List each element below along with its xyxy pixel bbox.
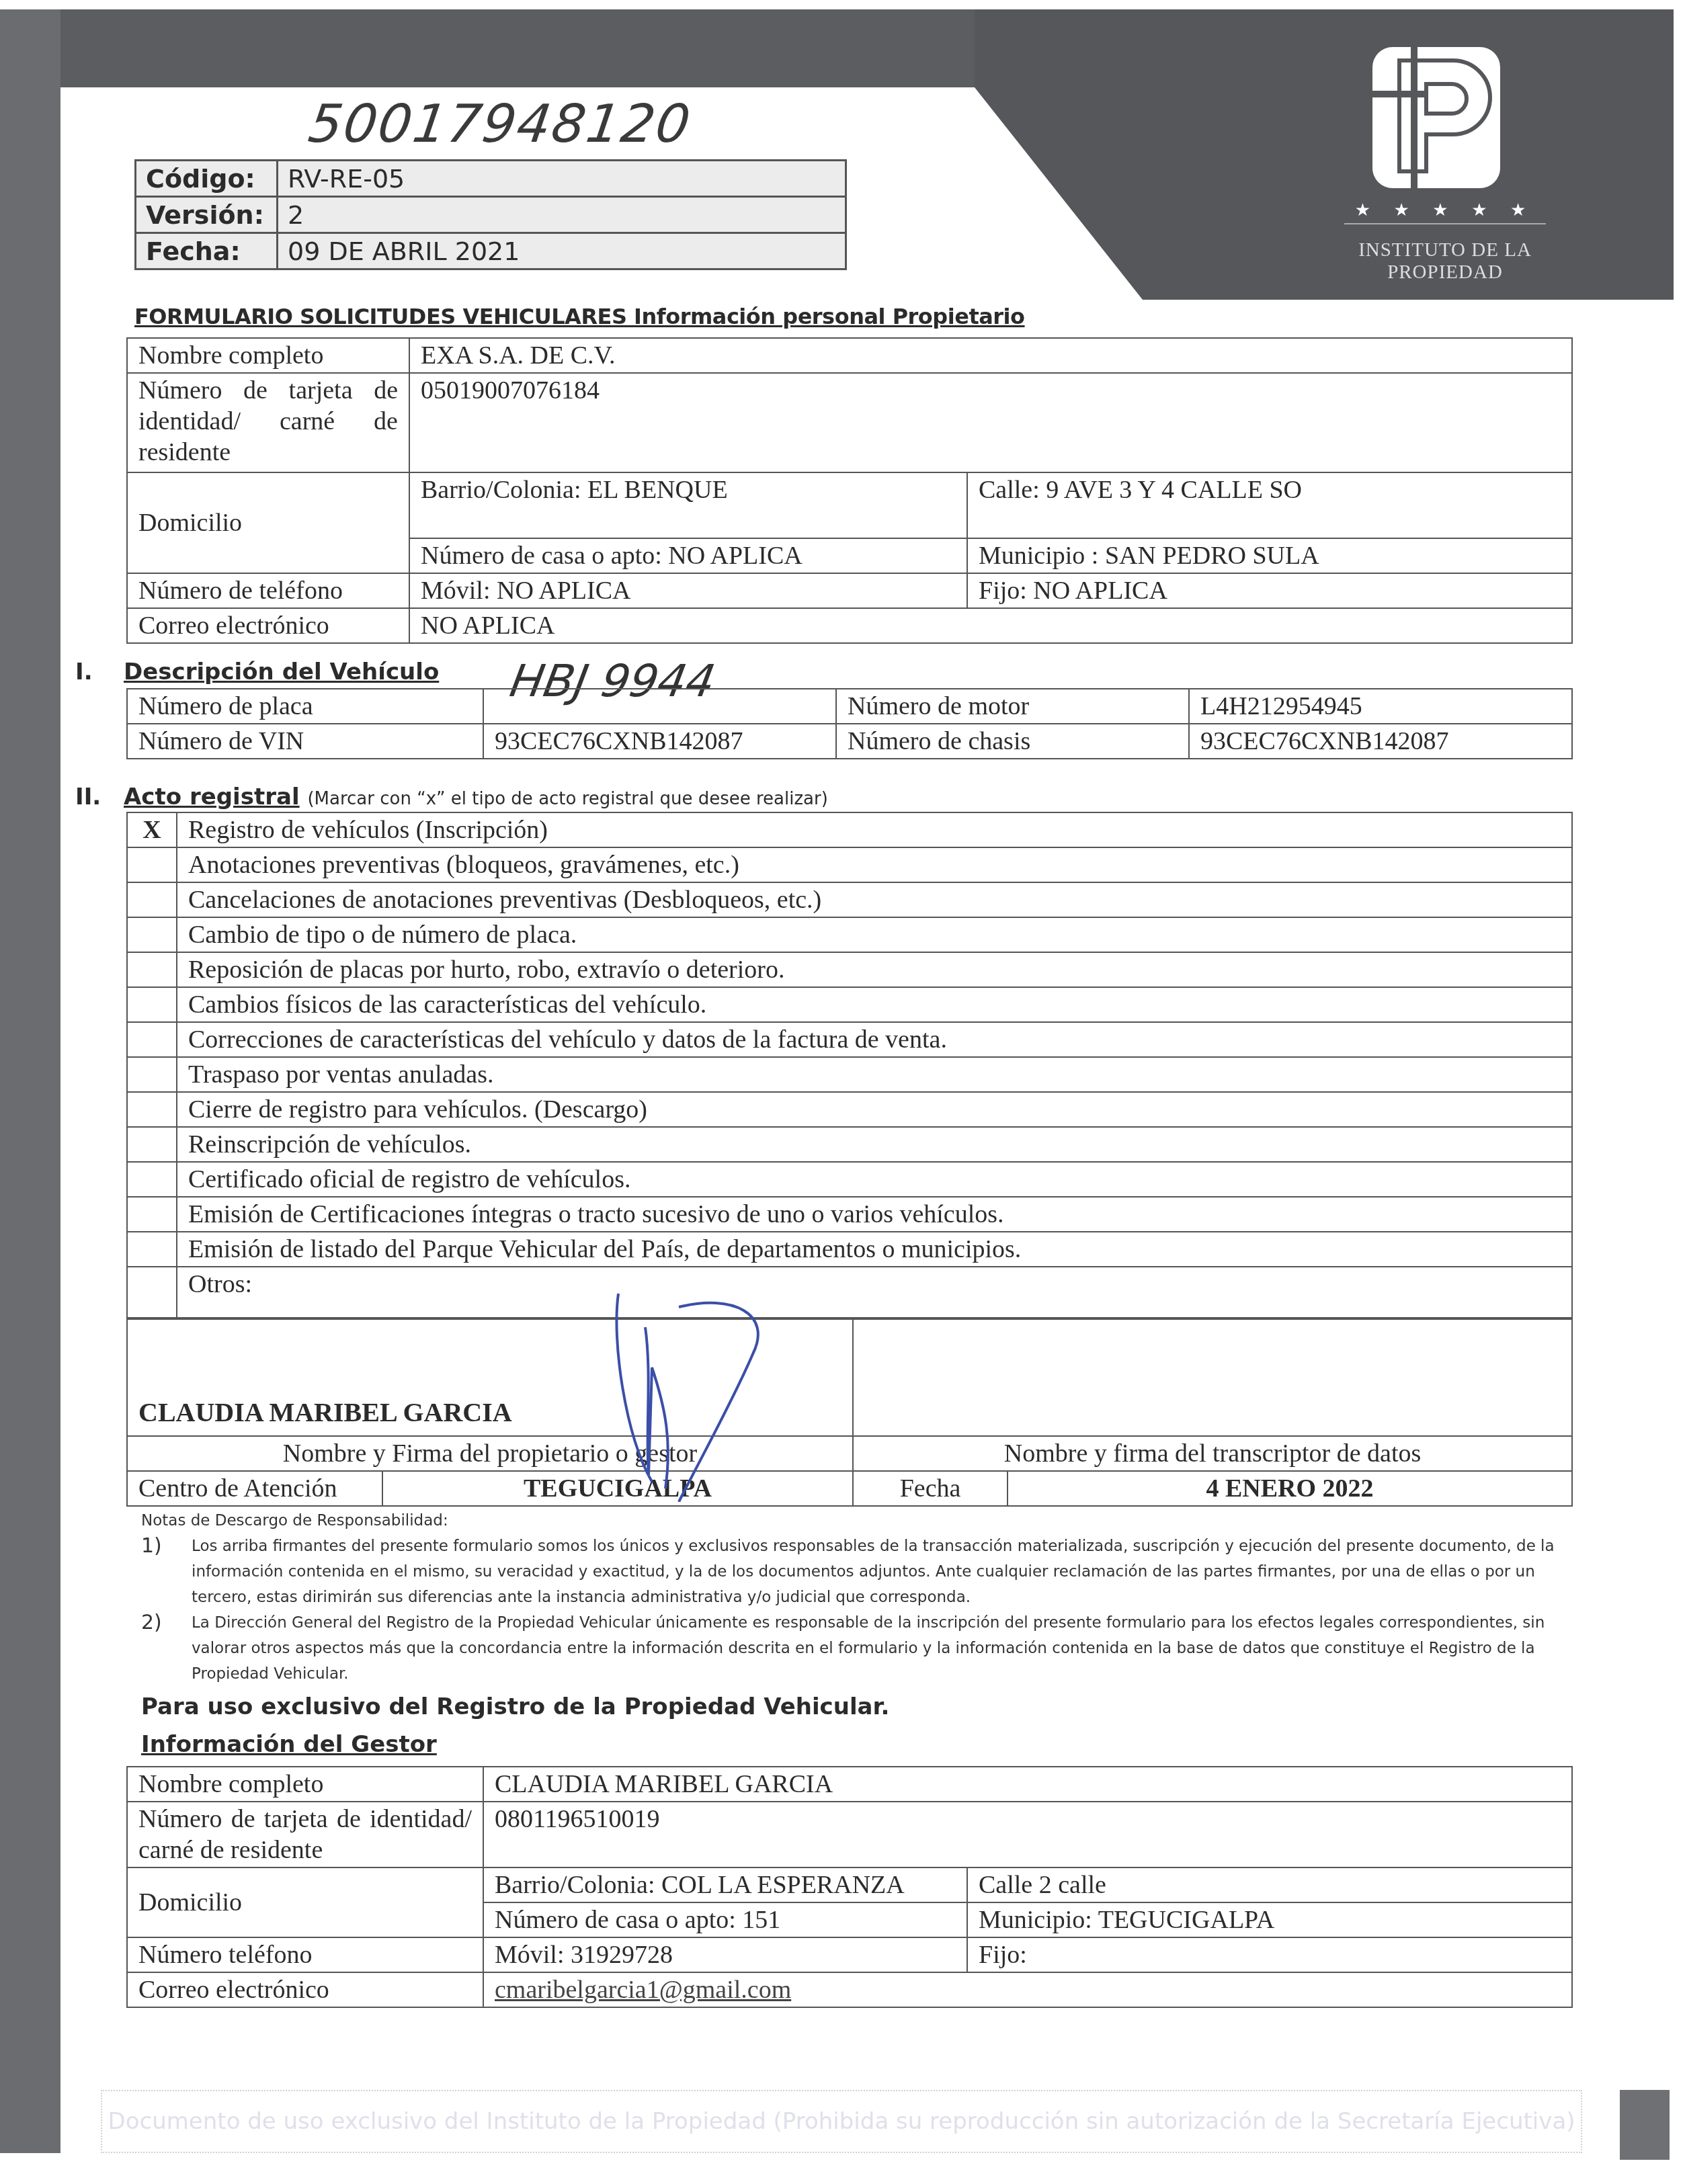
gestor-name-value: CLAUDIA MARIBEL GARCIA — [483, 1767, 1572, 1802]
plate-value-cell — [483, 689, 836, 724]
act-label: Emisión de Certificaciones íntegras o tr… — [177, 1197, 1572, 1232]
gestor-address-label: Domicilio — [127, 1867, 483, 1937]
handwritten-signature-icon — [598, 1287, 800, 1502]
act-checkbox[interactable] — [127, 1127, 177, 1162]
owner-phone-row: Número de teléfono Móvil: NO APLICA Fijo… — [127, 573, 1572, 608]
note-number: 2) — [141, 1610, 192, 1687]
owner-email-row: Correo electrónico NO APLICA — [127, 608, 1572, 643]
logo-monogram-box — [1372, 47, 1500, 188]
signature-space-row: CLAUDIA MARIBEL GARCIA — [127, 1319, 1572, 1436]
gestor-address-row-1: Domicilio Barrio/Colonia: COL LA ESPERAN… — [127, 1867, 1572, 1902]
registral-act-row: Emisión de listado del Parque Vehicular … — [127, 1232, 1572, 1267]
gestor-casa: Número de casa o apto: 151 — [483, 1902, 967, 1937]
date-row: Fecha: 09 DE ABRIL 2021 — [136, 233, 846, 269]
note-text: La Dirección General del Registro de la … — [192, 1610, 1579, 1687]
institute-logo: ★ ★ ★ ★ ★ INSTITUTO DE LA PROPIEDAD — [1344, 47, 1546, 289]
owner-name-value: EXA S.A. DE C.V. — [409, 338, 1572, 373]
gestor-phone-label: Número teléfono — [127, 1937, 483, 1972]
act-checkbox[interactable] — [127, 1197, 177, 1232]
gestor-email-cell: cmaribelgarcia1@gmail.com — [483, 1972, 1572, 2007]
chasis-label: Número de chasis — [836, 724, 1189, 759]
owner-phone-label: Número de teléfono — [127, 573, 409, 608]
registral-act-row: Cancelaciones de anotaciones preventivas… — [127, 882, 1572, 917]
motor-value: L4H212954945 — [1189, 689, 1572, 724]
gestor-calle: Calle 2 calle — [967, 1867, 1572, 1902]
registral-act-row: Reinscripción de vehículos. — [127, 1127, 1572, 1162]
registral-act-row: Reposición de placas por hurto, robo, ex… — [127, 952, 1572, 987]
handwritten-reference-number: 50017948120 — [305, 94, 696, 155]
document-control-box: Código: RV-RE-05 Versión: 2 Fecha: 09 DE… — [134, 159, 847, 270]
owner-info-table: Nombre completo EXA S.A. DE C.V. Número … — [126, 337, 1573, 644]
acts-section-number: II. — [75, 784, 124, 810]
owner-address-label: Domicilio — [127, 472, 409, 573]
code-row: Código: RV-RE-05 — [136, 161, 846, 197]
act-label: Anotaciones preventivas (bloqueos, gravá… — [177, 847, 1572, 882]
version-value: 2 — [278, 197, 846, 233]
gestor-fijo: Fijo: — [967, 1937, 1572, 1972]
gestor-section-title: Información del Gestor — [141, 1731, 437, 1758]
logo-rule — [1344, 223, 1546, 224]
registral-act-row: Certificado oficial de registro de vehíc… — [127, 1162, 1572, 1197]
act-checkbox[interactable] — [127, 847, 177, 882]
version-row: Versión: 2 — [136, 197, 846, 233]
act-checkbox[interactable] — [127, 1092, 177, 1127]
version-label: Versión: — [136, 197, 278, 233]
acts-section-title: Acto registral — [124, 784, 300, 810]
vehicle-section-heading: I.Descripción del Vehículo — [75, 659, 439, 685]
act-label: Cancelaciones de anotaciones preventivas… — [177, 882, 1572, 917]
acts-section-heading: II.Acto registral (Marcar con “x” el tip… — [75, 784, 828, 810]
owner-casa: Número de casa o apto: NO APLICA — [409, 538, 967, 573]
ip-monogram-icon — [1372, 47, 1500, 188]
gestor-id-label: Número de tarjeta de identidad/ carné de… — [127, 1802, 483, 1867]
acts-section-note: (Marcar con “x” el tipo de acto registra… — [307, 789, 827, 809]
registral-act-row: Cierre de registro para vehículos. (Desc… — [127, 1092, 1572, 1127]
note-text: Los arriba firmantes del presente formul… — [192, 1534, 1579, 1610]
owner-address-row-1: Domicilio Barrio/Colonia: EL BENQUE Call… — [127, 472, 1572, 538]
gestor-info-table: Nombre completo CLAUDIA MARIBEL GARCIA N… — [126, 1766, 1573, 2008]
code-value: RV-RE-05 — [278, 161, 846, 197]
gestor-email-row: Correo electrónico cmaribelgarcia1@gmail… — [127, 1972, 1572, 2007]
act-checkbox[interactable] — [127, 1162, 177, 1197]
disclaimer-notes: Notas de Descargo de Responsabilidad: 1)… — [141, 1512, 1579, 1687]
act-label: Reinscripción de vehículos. — [177, 1127, 1572, 1162]
registral-act-row: XRegistro de vehículos (Inscripción) — [127, 812, 1572, 847]
owner-barrio: Barrio/Colonia: EL BENQUE — [409, 472, 967, 538]
act-checkbox[interactable] — [127, 987, 177, 1022]
gestor-barrio: Barrio/Colonia: COL LA ESPERANZA — [483, 1867, 967, 1902]
gestor-id-value: 0801196510019 — [483, 1802, 1572, 1867]
act-label: Cambios físicos de las características d… — [177, 987, 1572, 1022]
exclusive-use-heading: Para uso exclusivo del Registro de la Pr… — [141, 1693, 889, 1720]
owner-id-row: Número de tarjeta de identidad/ carné de… — [127, 373, 1572, 472]
transcriptor-signature-cell — [853, 1319, 1572, 1436]
act-checkbox[interactable] — [127, 1232, 177, 1267]
owner-id-label: Número de tarjeta de identidad/ carné de… — [127, 373, 409, 472]
registral-act-row: Correcciones de características del vehí… — [127, 1022, 1572, 1057]
note-number: 1) — [141, 1534, 192, 1610]
vin-label: Número de VIN — [127, 724, 483, 759]
owner-movil: Móvil: NO APLICA — [409, 573, 967, 608]
vehicle-row-2: Número de VIN 93CEC76CXNB142087 Número d… — [127, 724, 1572, 759]
gestor-name-row: Nombre completo CLAUDIA MARIBEL GARCIA — [127, 1767, 1572, 1802]
owner-calle: Calle: 9 AVE 3 Y 4 CALLE SO — [967, 472, 1572, 538]
act-label: Certificado oficial de registro de vehíc… — [177, 1162, 1572, 1197]
registral-act-row: Emisión de Certificaciones íntegras o tr… — [127, 1197, 1572, 1232]
act-label: Cambio de tipo o de número de placa. — [177, 917, 1572, 952]
transcriptor-signature-caption: Nombre y firma del transcriptor de datos — [853, 1436, 1572, 1471]
footer-watermark: Documento de uso exclusivo del Instituto… — [101, 2090, 1582, 2153]
act-label: Reposición de placas por hurto, robo, ex… — [177, 952, 1572, 987]
gestor-name-label: Nombre completo — [127, 1767, 483, 1802]
vin-value: 93CEC76CXNB142087 — [483, 724, 836, 759]
act-checkbox[interactable] — [127, 1057, 177, 1092]
owner-name-row: Nombre completo EXA S.A. DE C.V. — [127, 338, 1572, 373]
owner-fijo: Fijo: NO APLICA — [967, 573, 1572, 608]
logo-stars-icon: ★ ★ ★ ★ ★ — [1344, 200, 1546, 220]
motor-label: Número de motor — [836, 689, 1189, 724]
act-checkbox[interactable] — [127, 917, 177, 952]
date-label: Fecha: — [136, 233, 278, 269]
registral-acts-table: XRegistro de vehículos (Inscripción)Anot… — [126, 812, 1573, 1318]
date-value: 09 DE ABRIL 2021 — [278, 233, 846, 269]
act-label: Correcciones de características del vehí… — [177, 1022, 1572, 1057]
act-checkbox[interactable] — [127, 1022, 177, 1057]
signature-table: CLAUDIA MARIBEL GARCIA Nombre y Firma de… — [126, 1318, 1573, 1507]
act-label: Otros: — [177, 1267, 1572, 1318]
code-label: Código: — [136, 161, 278, 197]
signer-name: CLAUDIA MARIBEL GARCIA — [138, 1397, 512, 1427]
center-label: Centro de Atención — [127, 1471, 382, 1506]
act-label: Cierre de registro para vehículos. (Desc… — [177, 1092, 1572, 1127]
registral-act-row: Anotaciones preventivas (bloqueos, gravá… — [127, 847, 1572, 882]
note-item: 2) La Dirección General del Registro de … — [141, 1610, 1579, 1687]
gestor-email-label: Correo electrónico — [127, 1972, 483, 2007]
act-label: Emisión de listado del Parque Vehicular … — [177, 1232, 1572, 1267]
notes-heading: Notas de Descargo de Responsabilidad: — [141, 1512, 1579, 1529]
gestor-email-link[interactable]: cmaribelgarcia1@gmail.com — [495, 1976, 791, 2004]
vehicle-table: Número de placa Número de motor L4H21295… — [126, 688, 1573, 759]
registral-act-row: Otros: — [127, 1267, 1572, 1318]
logo-text: INSTITUTO DE LA PROPIEDAD — [1317, 239, 1573, 284]
act-checkbox[interactable]: X — [127, 812, 177, 847]
registral-act-row: Cambios físicos de las características d… — [127, 987, 1572, 1022]
gestor-movil: Móvil: 31929728 — [483, 1937, 967, 1972]
registral-act-row: Traspaso por ventas anuladas. — [127, 1057, 1572, 1092]
scan-corner-mark — [1620, 2090, 1670, 2160]
center-date-row: Centro de Atención TEGUCIGALPA Fecha 4 E… — [127, 1471, 1572, 1506]
gestor-phone-row: Número teléfono Móvil: 31929728 Fijo: — [127, 1937, 1572, 1972]
note-item: 1) Los arriba firmantes del presente for… — [141, 1534, 1579, 1610]
owner-email-label: Correo electrónico — [127, 608, 409, 643]
signature-caption-row: Nombre y Firma del propietario o gestor … — [127, 1436, 1572, 1471]
vehicle-section-number: I. — [75, 659, 124, 685]
gestor-municipio: Municipio: TEGUCIGALPA — [967, 1902, 1572, 1937]
form-title: FORMULARIO SOLICITUDES VEHICULARES Infor… — [134, 304, 1025, 329]
signature-date-value: 4 ENERO 2022 — [1008, 1471, 1572, 1506]
vehicle-section-title: Descripción del Vehículo — [124, 659, 439, 685]
gestor-id-row: Número de tarjeta de identidad/ carné de… — [127, 1802, 1572, 1867]
chasis-value: 93CEC76CXNB142087 — [1189, 724, 1572, 759]
plate-label: Número de placa — [127, 689, 483, 724]
act-checkbox[interactable] — [127, 1267, 177, 1318]
scan-frame-left — [0, 9, 60, 2153]
owner-name-label: Nombre completo — [127, 338, 409, 373]
act-checkbox[interactable] — [127, 882, 177, 917]
act-checkbox[interactable] — [127, 952, 177, 987]
act-label: Registro de vehículos (Inscripción) — [177, 812, 1572, 847]
owner-municipio: Municipio : SAN PEDRO SULA — [967, 538, 1572, 573]
vehicle-row-1: Número de placa Número de motor L4H21295… — [127, 689, 1572, 724]
registral-act-row: Cambio de tipo o de número de placa. — [127, 917, 1572, 952]
act-label: Traspaso por ventas anuladas. — [177, 1057, 1572, 1092]
signature-date-label: Fecha — [853, 1471, 1008, 1506]
owner-email-value: NO APLICA — [409, 608, 1572, 643]
owner-id-value: 05019007076184 — [409, 373, 1572, 472]
